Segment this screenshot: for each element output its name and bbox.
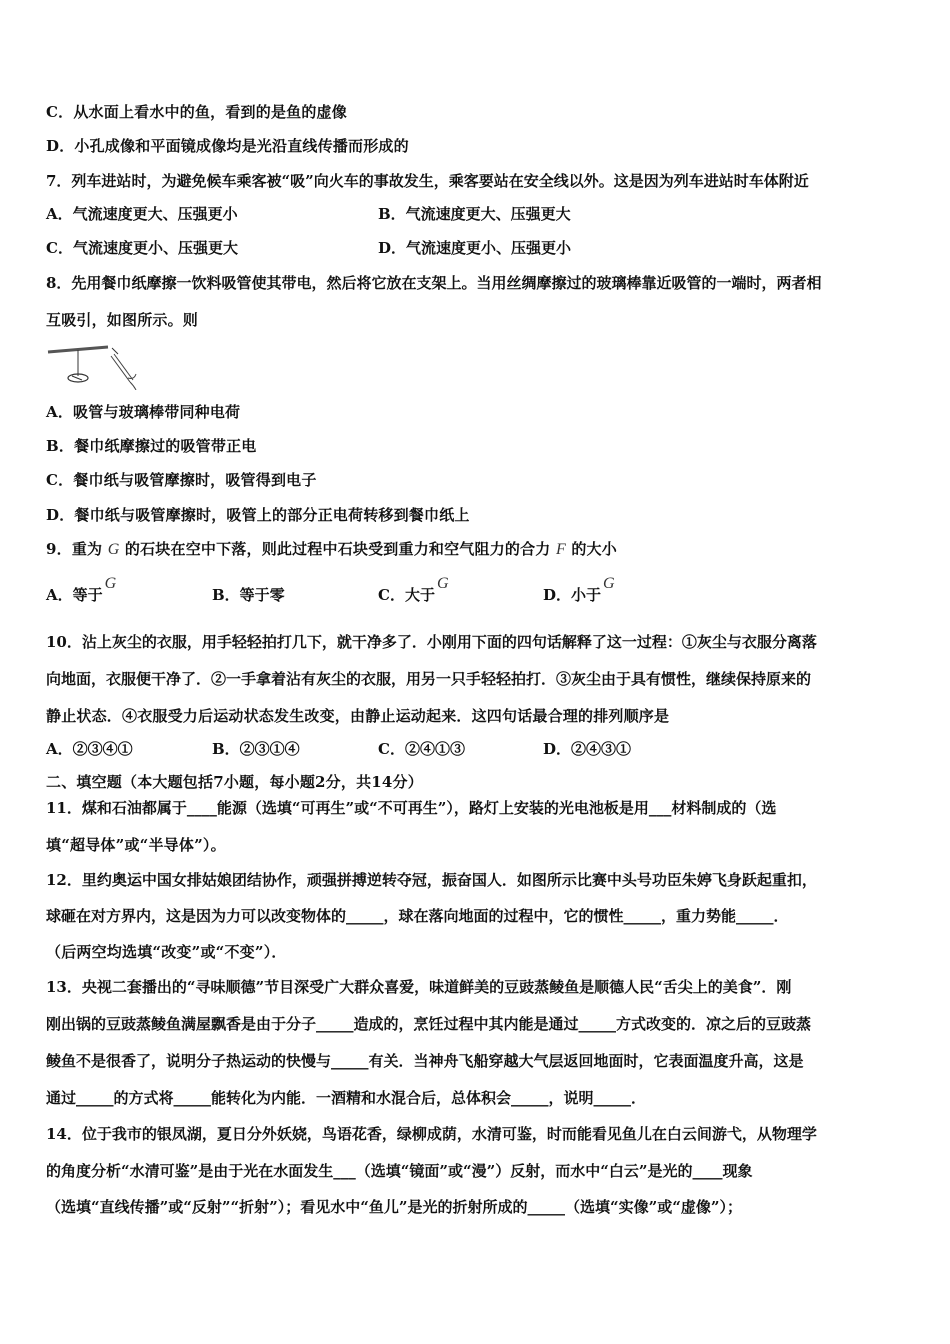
q8-option-c: C．餐巾纸与吸管摩擦时，吸管得到电子 [46, 470, 317, 490]
q13-line3: 鲮鱼不是很香了，说明分子热运动的快慢与_____有关．当神舟飞船穿越大气层返回地… [46, 1051, 804, 1071]
q11-line1: 11．煤和石油都属于____能源（选填“可再生”或“不可再生”），路灯上安装的光… [46, 798, 776, 818]
q7-option-d: D．气流速度更小、压强更小 [378, 238, 571, 258]
q7-stem: 7．列车进站时，为避免候车乘客被“吸”向火车的事故发生，乘客要站在安全线以外。这… [46, 171, 809, 191]
q10-line3: 静止状态．④衣服受力后运动状态发生改变，由静止运动起来．这四句话最合理的排列顺序… [46, 706, 669, 726]
q11-line2: 填“超导体”或“半导体”）。 [46, 835, 226, 855]
straw-on-stand-figure [46, 338, 142, 390]
q9-option-c: C．大于G [378, 585, 449, 606]
q10-line1: 10．沾上灰尘的衣服，用手轻轻拍打几下，就干净多了．小刚用下面的四句话解释了这一… [46, 632, 817, 652]
q8-stem-line1: 8．先用餐巾纸摩擦一饮料吸管使其带电，然后将它放在支架上。当用丝绸摩擦过的玻璃棒… [46, 273, 821, 293]
q7-option-b: B．气流速度更大、压强更大 [378, 204, 571, 224]
q9-option-a: A．等于G [46, 585, 116, 606]
q8-option-b: B．餐巾纸摩擦过的吸管带正电 [46, 436, 256, 456]
q14-line1: 14．位于我市的银凤湖，夏日分外妖娆，鸟语花香，绿柳成荫，水清可鉴，时而能看见鱼… [46, 1124, 817, 1144]
section2-heading: 二、填空题（本大题包括7小题，每小题2分，共14分） [46, 772, 423, 792]
q7-option-a: A．气流速度更大、压强更小 [46, 204, 238, 224]
q6-option-d: D．小孔成像和平面镜成像均是光沿直线传播而形成的 [46, 136, 409, 156]
q13-line4: 通过_____的方式将_____能转化为内能．一酒精和水混合后，总体积会____… [46, 1088, 646, 1108]
q12-line2: 球砸在对方界内，这是因为力可以改变物体的_____，球在落向地面的过程中，它的惯… [46, 906, 789, 926]
q8-option-a: A．吸管与玻璃棒带同种电荷 [46, 402, 240, 422]
q13-line1: 13．央视二套播出的“寻味顺德”节目深受广大群众喜爱，味道鲜美的豆豉蒸鲮鱼是顺德… [46, 977, 791, 997]
variable-f: F [556, 541, 566, 558]
q12-line1: 12．里约奥运中国女排姑娘团结协作，顽强拼搏逆转夺冠，振奋国人．如图所示比赛中头… [46, 870, 817, 890]
q8-option-d: D．餐巾纸与吸管摩擦时，吸管上的部分正电荷转移到餐巾纸上 [46, 505, 470, 525]
q10-option-b: B．②③①④ [212, 739, 300, 759]
q12-line3: （后两空均选填“改变”或“不变”）． [46, 942, 287, 962]
q6-option-c: C．从水面上看水中的鱼，看到的是鱼的虚像 [46, 102, 347, 122]
q13-line2: 刚出锅的豆豉蒸鲮鱼满屋飘香是由于分子_____造成的，烹饪过程中其内能是通过__… [46, 1014, 811, 1034]
q10-line2: 向地面，衣服便干净了．②一手拿着沾有灰尘的衣服，用另一只手轻轻拍打．③灰尘由于具… [46, 669, 811, 689]
q9-option-d: D．小于G [543, 585, 615, 606]
q9-option-b: B．等于零 [212, 585, 285, 605]
q8-stem-line2: 互吸引，如图所示。则 [46, 310, 198, 330]
q9-stem: 9．重为 G 的石块在空中下落，则此过程中石块受到重力和空气阻力的合力 F 的大… [46, 539, 617, 560]
q10-option-d: D．②④③① [543, 739, 631, 759]
q10-option-a: A．②③④① [46, 739, 133, 759]
q14-line3: （选填“直线传播”或“反射”“折射”）；看见水中“鱼儿”是光的折射所成的____… [46, 1197, 742, 1217]
q10-option-c: C．②④①③ [378, 739, 465, 759]
variable-g: G [108, 541, 120, 558]
q7-option-c: C．气流速度更小、压强更大 [46, 238, 238, 258]
q14-line2: 的角度分析“水清可鉴”是由于光在水面发生___（选填“镜面”或“漫”）反射，而水… [46, 1161, 753, 1181]
